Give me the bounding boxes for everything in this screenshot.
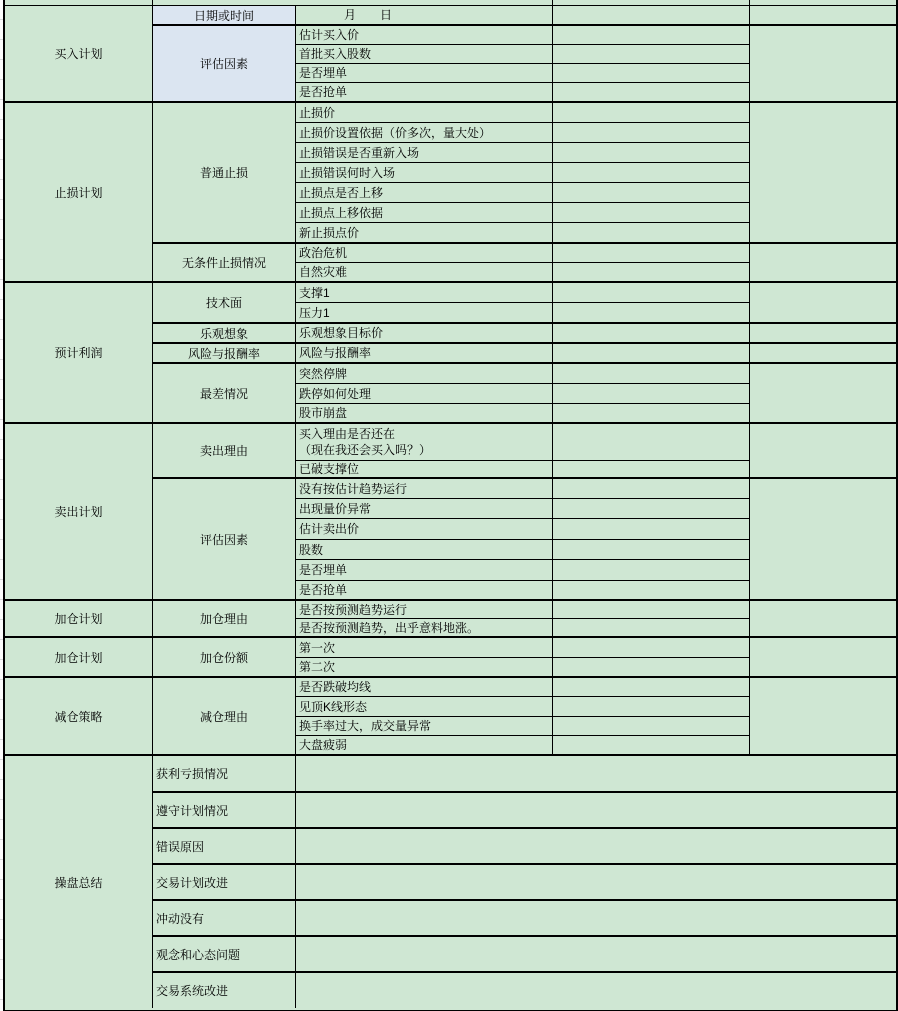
summary-label-cell[interactable]: 交易系统改进 — [153, 973, 296, 1008]
item-value-cell[interactable] — [553, 499, 750, 519]
group-label-cell[interactable]: 最差情况 — [153, 364, 296, 424]
group-extra-value-cell[interactable] — [750, 26, 896, 103]
item-label-cell[interactable]: 估计卖出价 — [296, 519, 553, 540]
item-value-cell[interactable] — [553, 143, 750, 163]
item-value-cell[interactable] — [553, 364, 750, 384]
group-label-cell[interactable]: 风险与报酬率 — [153, 344, 296, 364]
item-label-cell[interactable]: 支撑1 — [296, 283, 553, 303]
category-cell[interactable]: 加仓计划 — [5, 638, 153, 678]
summary-label-cell[interactable]: 遵守计划情况 — [153, 793, 296, 829]
item-value-cell[interactable] — [553, 601, 750, 619]
group-extra-value-cell[interactable] — [750, 6, 896, 26]
group-label-cell[interactable]: 无条件止损情况 — [153, 244, 296, 283]
item-value-cell[interactable] — [553, 6, 750, 26]
item-value-cell[interactable] — [553, 717, 750, 736]
category-cell[interactable]: 加仓计划 — [5, 601, 153, 638]
summary-value-cell[interactable] — [296, 756, 896, 793]
group-label-cell[interactable]: 乐观想象 — [153, 324, 296, 344]
item-value-cell[interactable] — [553, 26, 750, 45]
spreadsheet-view: 买入计划日期或时间月 日评估因素估计买入价首批买入股数是否埋单是否抢单止损计划普… — [0, 0, 898, 1011]
item-value-cell[interactable] — [553, 244, 750, 263]
item-label-cell[interactable]: 是否按预测趋势，出乎意料地涨。 — [296, 619, 553, 638]
item-label-cell[interactable]: 突然停牌 — [296, 364, 553, 384]
summary-label-cell[interactable]: 获利亏损情况 — [153, 756, 296, 793]
item-label-cell[interactable]: 压力1 — [296, 303, 553, 324]
item-value-cell[interactable] — [553, 404, 750, 424]
item-value-cell[interactable] — [553, 344, 750, 364]
item-value-cell[interactable] — [553, 83, 750, 103]
summary-value-cell[interactable] — [296, 973, 896, 1008]
group-extra-value-cell[interactable] — [750, 424, 896, 479]
item-label-cell[interactable]: 是否埋单 — [296, 64, 553, 83]
category-cell[interactable]: 减仓策略 — [5, 678, 153, 756]
item-value-cell[interactable] — [553, 183, 750, 203]
group-label-cell[interactable]: 评估因素 — [153, 26, 296, 103]
item-value-cell[interactable] — [553, 678, 750, 697]
item-label-cell[interactable]: 第二次 — [296, 658, 553, 678]
item-label-cell[interactable]: 出现量价异常 — [296, 499, 553, 519]
item-value-cell[interactable] — [553, 384, 750, 404]
item-value-cell[interactable] — [553, 223, 750, 244]
group-label-cell[interactable]: 减仓理由 — [153, 678, 296, 756]
summary-label-cell[interactable]: 冲动没有 — [153, 901, 296, 937]
summary-label-cell[interactable]: 错误原因 — [153, 829, 296, 865]
group-extra-value-cell[interactable] — [750, 364, 896, 424]
item-value-cell[interactable] — [553, 736, 750, 756]
item-value-cell[interactable] — [553, 697, 750, 717]
item-label-cell[interactable]: 风险与报酬率 — [296, 344, 553, 364]
summary-value-cell[interactable] — [296, 901, 896, 937]
item-value-cell[interactable] — [553, 424, 750, 461]
item-value-cell[interactable] — [553, 658, 750, 678]
item-value-cell[interactable] — [553, 263, 750, 283]
item-label-cell[interactable]: 买入理由是否还在 （现在我还会买入吗？） — [296, 424, 553, 461]
item-label-cell[interactable]: 止损点是否上移 — [296, 183, 553, 203]
item-label-cell[interactable]: 跌停如何处理 — [296, 384, 553, 404]
item-value-cell[interactable] — [553, 203, 750, 223]
item-value-cell[interactable] — [553, 619, 750, 638]
item-label-cell[interactable]: 是否抢单 — [296, 581, 553, 601]
item-value-cell[interactable] — [553, 638, 750, 658]
group-label-cell[interactable]: 评估因素 — [153, 479, 296, 601]
group-extra-value-cell[interactable] — [750, 324, 896, 344]
summary-label-cell[interactable]: 观念和心态问题 — [153, 937, 296, 973]
group-label-cell[interactable]: 卖出理由 — [153, 424, 296, 479]
summary-value-cell[interactable] — [296, 937, 896, 973]
group-label-cell[interactable]: 加仓份额 — [153, 638, 296, 678]
group-extra-value-cell[interactable] — [750, 283, 896, 324]
item-label-cell[interactable]: 换手率过大，成交量异常 — [296, 717, 553, 736]
group-extra-value-cell[interactable] — [750, 638, 896, 678]
date-value-cell[interactable]: 月 日 — [296, 6, 553, 26]
item-value-cell[interactable] — [553, 283, 750, 303]
item-label-cell[interactable]: 没有按估计趋势运行 — [296, 479, 553, 499]
item-value-cell[interactable] — [553, 303, 750, 324]
group-extra-value-cell[interactable] — [750, 678, 896, 756]
item-label-cell[interactable]: 见顶K线形态 — [296, 697, 553, 717]
summary-value-cell[interactable] — [296, 865, 896, 901]
group-label-cell[interactable]: 技术面 — [153, 283, 296, 324]
summary-value-cell[interactable] — [296, 793, 896, 829]
group-extra-value-cell[interactable] — [750, 244, 896, 283]
summary-value-cell[interactable] — [296, 829, 896, 865]
category-cell[interactable]: 预计利润 — [5, 283, 153, 424]
summary-category-cell[interactable]: 操盘总结 — [5, 756, 153, 1008]
item-label-cell[interactable]: 是否埋单 — [296, 560, 553, 581]
item-label-cell[interactable]: 止损错误何时入场 — [296, 163, 553, 183]
group-label-cell[interactable]: 加仓理由 — [153, 601, 296, 638]
item-value-cell[interactable] — [553, 581, 750, 601]
item-label-cell[interactable]: 止损点上移依据 — [296, 203, 553, 223]
item-label-cell[interactable]: 第一次 — [296, 638, 553, 658]
item-value-cell[interactable] — [553, 519, 750, 540]
item-value-cell[interactable] — [553, 103, 750, 123]
date-label-cell[interactable]: 日期或时间 — [153, 6, 296, 26]
category-cell[interactable]: 卖出计划 — [5, 424, 153, 601]
item-label-cell[interactable]: 股数 — [296, 540, 553, 560]
item-value-cell[interactable] — [553, 163, 750, 183]
item-label-cell[interactable]: 是否抢单 — [296, 83, 553, 103]
item-label-cell[interactable]: 自然灾难 — [296, 263, 553, 283]
item-value-cell[interactable] — [553, 560, 750, 581]
item-label-cell[interactable]: 股市崩盘 — [296, 404, 553, 424]
item-label-cell[interactable]: 新止损点价 — [296, 223, 553, 244]
item-value-cell[interactable] — [553, 461, 750, 479]
item-label-cell[interactable]: 是否跌破均线 — [296, 678, 553, 697]
item-label-cell[interactable]: 止损价设置依据（价多次，量大处） — [296, 123, 553, 143]
category-cell[interactable]: 买入计划 — [5, 6, 153, 103]
item-label-cell[interactable]: 首批买入股数 — [296, 45, 553, 64]
group-extra-value-cell[interactable] — [750, 479, 896, 601]
item-label-cell[interactable]: 估计买入价 — [296, 26, 553, 45]
group-extra-value-cell[interactable] — [750, 103, 896, 244]
item-label-cell[interactable]: 乐观想象目标价 — [296, 324, 553, 344]
trade-plan-table: 买入计划日期或时间月 日评估因素估计买入价首批买入股数是否埋单是否抢单止损计划普… — [3, 0, 898, 1011]
item-value-cell[interactable] — [553, 64, 750, 83]
group-label-cell[interactable]: 普通止损 — [153, 103, 296, 244]
item-value-cell[interactable] — [553, 123, 750, 143]
item-label-cell[interactable]: 止损价 — [296, 103, 553, 123]
group-extra-value-cell[interactable] — [750, 601, 896, 638]
item-label-cell[interactable]: 已破支撑位 — [296, 461, 553, 479]
item-label-cell[interactable]: 大盘疲弱 — [296, 736, 553, 756]
item-value-cell[interactable] — [553, 324, 750, 344]
item-label-cell[interactable]: 止损错误是否重新入场 — [296, 143, 553, 163]
summary-label-cell[interactable]: 交易计划改进 — [153, 865, 296, 901]
item-value-cell[interactable] — [553, 479, 750, 499]
item-value-cell[interactable] — [553, 540, 750, 560]
group-extra-value-cell[interactable] — [750, 344, 896, 364]
item-value-cell[interactable] — [553, 45, 750, 64]
item-label-cell[interactable]: 政治危机 — [296, 244, 553, 263]
category-cell[interactable]: 止损计划 — [5, 103, 153, 283]
item-label-cell[interactable]: 是否按预测趋势运行 — [296, 601, 553, 619]
